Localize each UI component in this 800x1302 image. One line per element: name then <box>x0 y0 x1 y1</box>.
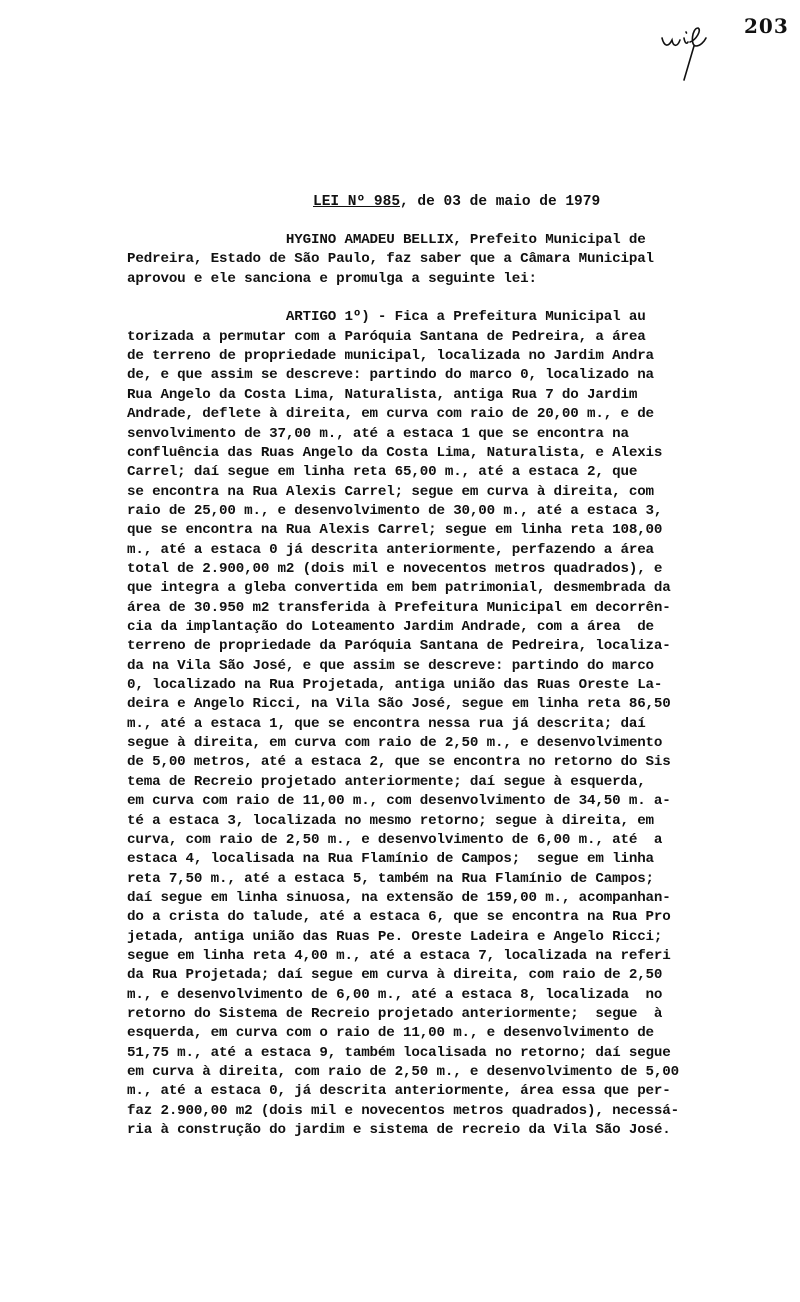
text-line: té a estaca 3, localizada no mesmo retor… <box>127 813 654 829</box>
text-line: HYGINO AMADEU BELLIX, Prefeito Municipal… <box>127 232 646 248</box>
text-line: que integra a gleba convertida em bem pa… <box>127 580 671 596</box>
text-line: m., e desenvolvimento de 6,00 m., até a … <box>127 987 662 1003</box>
page-number: 203 <box>744 14 789 38</box>
text-line: terreno de propriedade da Paróquia Santa… <box>127 638 671 654</box>
text-line: m., até a estaca 1, que se encontra ness… <box>127 716 646 732</box>
text-line: confluência das Ruas Angelo da Costa Lim… <box>127 445 662 461</box>
text-line: daí segue em linha sinuosa, na extensão … <box>127 890 671 906</box>
document-page: 203 LEI Nº 985, de 03 de maio de 1979 HY… <box>0 0 800 1302</box>
text-line: aprovou e ele sanciona e promulga a segu… <box>127 271 537 287</box>
text-line: em curva à direita, com raio de 2,50 m.,… <box>127 1064 679 1080</box>
text-line: da na Vila São José, e que assim se desc… <box>127 658 654 674</box>
text-line: ARTIGO 1º) - Fica a Prefeitura Municipal… <box>127 309 646 325</box>
text-line: m., até a estaca 0, já descrita anterior… <box>127 1083 671 1099</box>
text-line: em curva com raio de 11,00 m., com desen… <box>127 793 671 809</box>
text-line: raio de 25,00 m., e desenvolvimento de 3… <box>127 503 662 519</box>
text-line: de 5,00 metros, até a estaca 2, que se e… <box>127 754 671 770</box>
text-line: curva, com raio de 2,50 m., e desenvolvi… <box>127 832 662 848</box>
law-number: LEI Nº 985 <box>313 194 400 210</box>
text-line: reta 7,50 m., até a estaca 5, também na … <box>127 871 654 887</box>
text-line: tema de Recreio projetado anteriormente;… <box>127 774 646 790</box>
text-line: faz 2.900,00 m2 (dois mil e novecentos m… <box>127 1103 679 1119</box>
text-line: ria à construção do jardim e sistema de … <box>127 1122 671 1138</box>
text-line: do a crista do talude, até a estaca 6, q… <box>127 909 671 925</box>
law-date: , de 03 de maio de 1979 <box>400 194 600 210</box>
text-line: deira e Angelo Ricci, na Vila São José, … <box>127 696 671 712</box>
text-line: esquerda, em curva com o raio de 11,00 m… <box>127 1025 654 1041</box>
text-line: cia da implantação do Loteamento Jardim … <box>127 619 654 635</box>
text-line: que se encontra na Rua Alexis Carrel; se… <box>127 522 662 538</box>
text-line: de, e que assim se descreve: partindo do… <box>127 367 654 383</box>
text-line: 0, localizado na Rua Projetada, antiga u… <box>127 677 662 693</box>
text-line: retorno do Sistema de Recreio projetado … <box>127 1006 662 1022</box>
text-line: se encontra na Rua Alexis Carrel; segue … <box>127 484 654 500</box>
text-line: jetada, antiga união das Ruas Pe. Oreste… <box>127 929 662 945</box>
text-line: segue em linha reta 4,00 m., até a estac… <box>127 948 671 964</box>
text-line: senvolvimento de 37,00 m., até a estaca … <box>127 426 629 442</box>
law-title: LEI Nº 985, de 03 de maio de 1979 <box>313 194 600 210</box>
text-line: estaca 4, localisada na Rua Flamínio de … <box>127 851 654 867</box>
text-line: da Rua Projetada; daí segue em curva à d… <box>127 967 662 983</box>
text-line: Rua Angelo da Costa Lima, Naturalista, a… <box>127 387 637 403</box>
text-line: Pedreira, Estado de São Paulo, faz saber… <box>127 251 654 267</box>
text-line: 51,75 m., até a estaca 9, também localis… <box>127 1045 671 1061</box>
text-line: segue à direita, em curva com raio de 2,… <box>127 735 662 751</box>
text-line: Carrel; daí segue em linha reta 65,00 m.… <box>127 464 637 480</box>
text-line: m., até a estaca 0 já descrita anteriorm… <box>127 542 654 558</box>
text-line: Andrade, deflete à direita, em curva com… <box>127 406 654 422</box>
text-line: torizada a permutar com a Paróquia Santa… <box>127 329 646 345</box>
text-line: área de 30.950 m2 transferida à Prefeitu… <box>127 600 671 616</box>
handwritten-initials-icon <box>660 26 720 82</box>
text-line: total de 2.900,00 m2 (dois mil e novecen… <box>127 561 662 577</box>
text-line: de terreno de propriedade municipal, loc… <box>127 348 654 364</box>
